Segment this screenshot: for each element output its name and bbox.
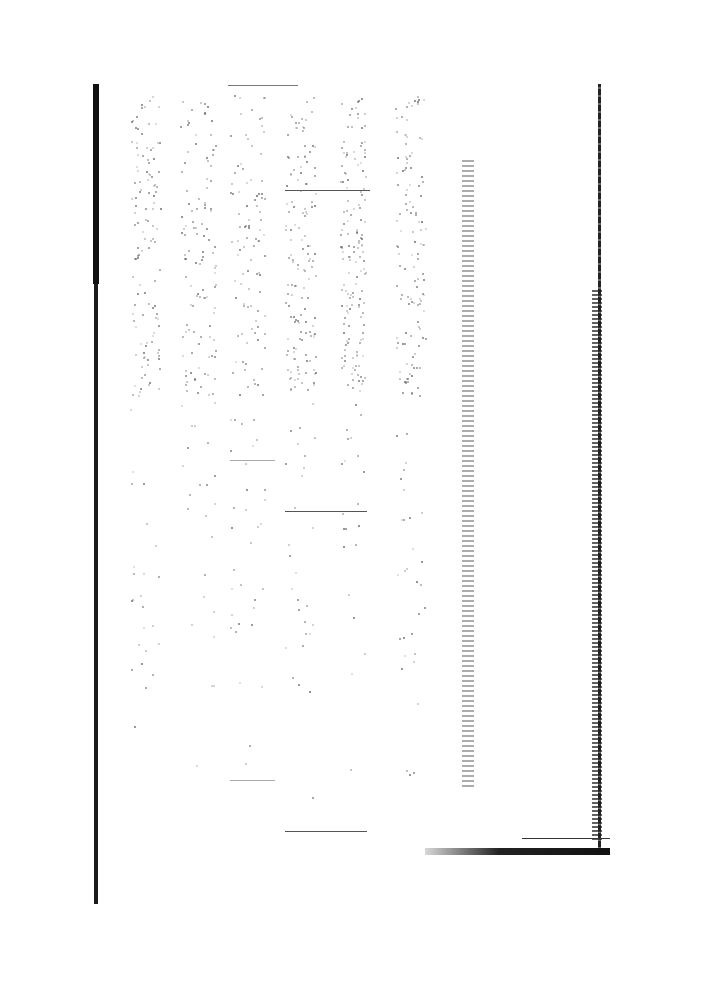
scan-noise bbox=[0, 0, 704, 1000]
scanned-page bbox=[0, 0, 704, 1000]
